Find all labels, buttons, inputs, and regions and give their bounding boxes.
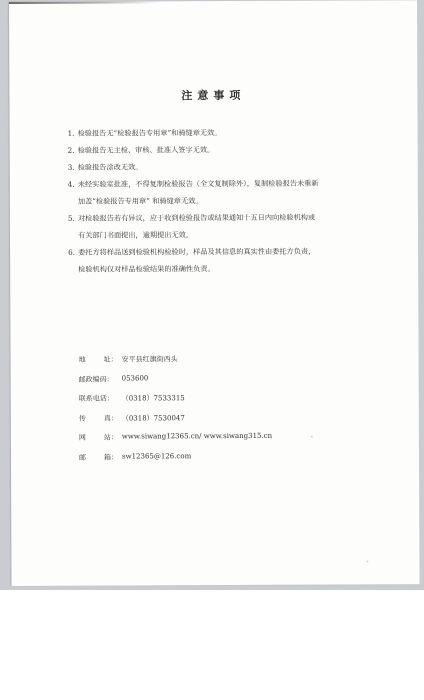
notice-body: 委托方将样品送到检验机构检验时，样品及其信息的真实性由委托方负责， 检验机构仅对… bbox=[78, 245, 408, 274]
contact-value: sw12365@126.com bbox=[122, 452, 191, 460]
contact-info: 地址： 安平县红旗街西头 邮政编码： 053600 联系电话： （0318）75… bbox=[79, 353, 380, 471]
contact-value: 安平县红旗街西头 bbox=[122, 354, 178, 364]
contact-phone: 联系电话： （0318）7533315 bbox=[79, 392, 379, 413]
notice-item: 2. 检验报告无主检、审核、批准人签字无效。 bbox=[68, 143, 408, 155]
colon: ： bbox=[107, 395, 114, 403]
contact-label: 传真： bbox=[79, 413, 122, 423]
notice-number: 3. bbox=[68, 162, 78, 173]
document-page: 注意事项 1. 检验报告无“检验报告专用章”和骑缝章无效。 2. 检验报告无主检… bbox=[9, 0, 420, 586]
notice-text: 检验报告无主检、审核、批准人签字无效。 bbox=[78, 143, 408, 155]
contact-website: 网站： www.siwang12365.cn/ www.siwang315.cn bbox=[79, 431, 379, 452]
notice-text-continued: 有关部门书面提出，逾期提出无效。 bbox=[78, 228, 408, 240]
notice-text: 对检验报告若有异议，应于收到检验报告或结果通知十五日内向检验机构或 bbox=[78, 213, 315, 223]
notice-number: 5. bbox=[68, 213, 78, 241]
notice-item: 4. 未经实验室批准，不得复制检验报告（全文复制除外），复制检验报告未重新 加盖… bbox=[68, 177, 408, 206]
notice-list: 1. 检验报告无“检验报告专用章”和骑缝章无效。 2. 检验报告无主检、审核、批… bbox=[68, 126, 409, 280]
notice-text: 检验报告无“检验报告专用章”和骑缝章无效。 bbox=[78, 126, 408, 138]
contact-address: 地址： 安平县红旗街西头 bbox=[79, 353, 379, 374]
colon: ： bbox=[111, 434, 118, 442]
notice-body: 对检验报告若有异议，应于收到检验报告或结果通知十五日内向检验机构或 有关部门书面… bbox=[78, 211, 408, 240]
notice-item: 6. 委托方将样品送到检验机构检验时，样品及其信息的真实性由委托方负责， 检验机… bbox=[68, 245, 408, 274]
label-char: 邮 bbox=[79, 452, 86, 462]
contact-label: 联系电话： bbox=[79, 394, 122, 404]
contact-label: 邮箱： bbox=[79, 452, 122, 462]
colon: ： bbox=[111, 453, 118, 461]
scan-speck bbox=[311, 436, 313, 438]
page-title: 注意事项 bbox=[9, 86, 417, 104]
contact-postcode: 邮政编码： 053600 bbox=[79, 373, 379, 394]
label-char: 传 bbox=[79, 413, 86, 423]
label-text: 邮政编码 bbox=[79, 375, 107, 383]
label-char: 地 bbox=[79, 355, 86, 365]
notice-body: 未经实验室批准，不得复制检验报告（全文复制除外），复制检验报告未重新 加盖“检验… bbox=[78, 177, 408, 206]
notice-number: 2. bbox=[68, 145, 78, 156]
label-char: 站 bbox=[104, 433, 111, 443]
notice-number: 6. bbox=[68, 247, 78, 275]
scan-speck bbox=[366, 560, 368, 562]
colon: ： bbox=[107, 375, 114, 383]
colon: ： bbox=[111, 414, 118, 422]
notice-text: 检验报告涂改无效。 bbox=[78, 160, 408, 172]
notice-text: 未经实验室批准，不得复制检验报告（全文复制除外），复制检验报告未重新 bbox=[78, 179, 319, 189]
notice-item: 1. 检验报告无“检验报告专用章”和骑缝章无效。 bbox=[68, 126, 408, 138]
paper-edge bbox=[9, 1, 159, 4]
contact-value: （0318）7533315 bbox=[122, 393, 185, 403]
contact-value: 053600 bbox=[122, 374, 149, 382]
label-char: 址 bbox=[104, 355, 111, 365]
contact-value: （0318）7530047 bbox=[122, 413, 185, 423]
contact-label: 网站： bbox=[79, 433, 122, 443]
contact-label: 地址： bbox=[79, 355, 122, 365]
contact-label: 邮政编码： bbox=[79, 374, 122, 384]
contact-fax: 传真： （0318）7530047 bbox=[79, 412, 379, 433]
notice-text: 委托方将样品送到检验机构检验时，样品及其信息的真实性由委托方负责， bbox=[78, 247, 315, 257]
notice-item: 3. 检验报告涂改无效。 bbox=[68, 160, 408, 172]
contact-value: www.siwang12365.cn/ www.siwang315.cn bbox=[122, 432, 272, 441]
label-char: 真 bbox=[104, 413, 111, 423]
notice-number: 4. bbox=[68, 179, 78, 207]
colon: ： bbox=[111, 356, 118, 364]
notice-text-continued: 检验机构仅对样品检验结果的准确性负责。 bbox=[78, 262, 408, 274]
notice-number: 1. bbox=[68, 128, 78, 139]
label-text: 联系电话 bbox=[79, 395, 107, 403]
label-char: 网 bbox=[79, 433, 86, 443]
notice-item: 5. 对检验报告若有异议，应于收到检验报告或结果通知十五日内向检验机构或 有关部… bbox=[68, 211, 408, 240]
notice-text-continued: 加盖“检验报告专用章” 和骑缝章无效。 bbox=[78, 194, 408, 206]
label-char: 箱 bbox=[104, 452, 111, 462]
contact-email: 邮箱： sw12365@126.com bbox=[79, 451, 379, 472]
